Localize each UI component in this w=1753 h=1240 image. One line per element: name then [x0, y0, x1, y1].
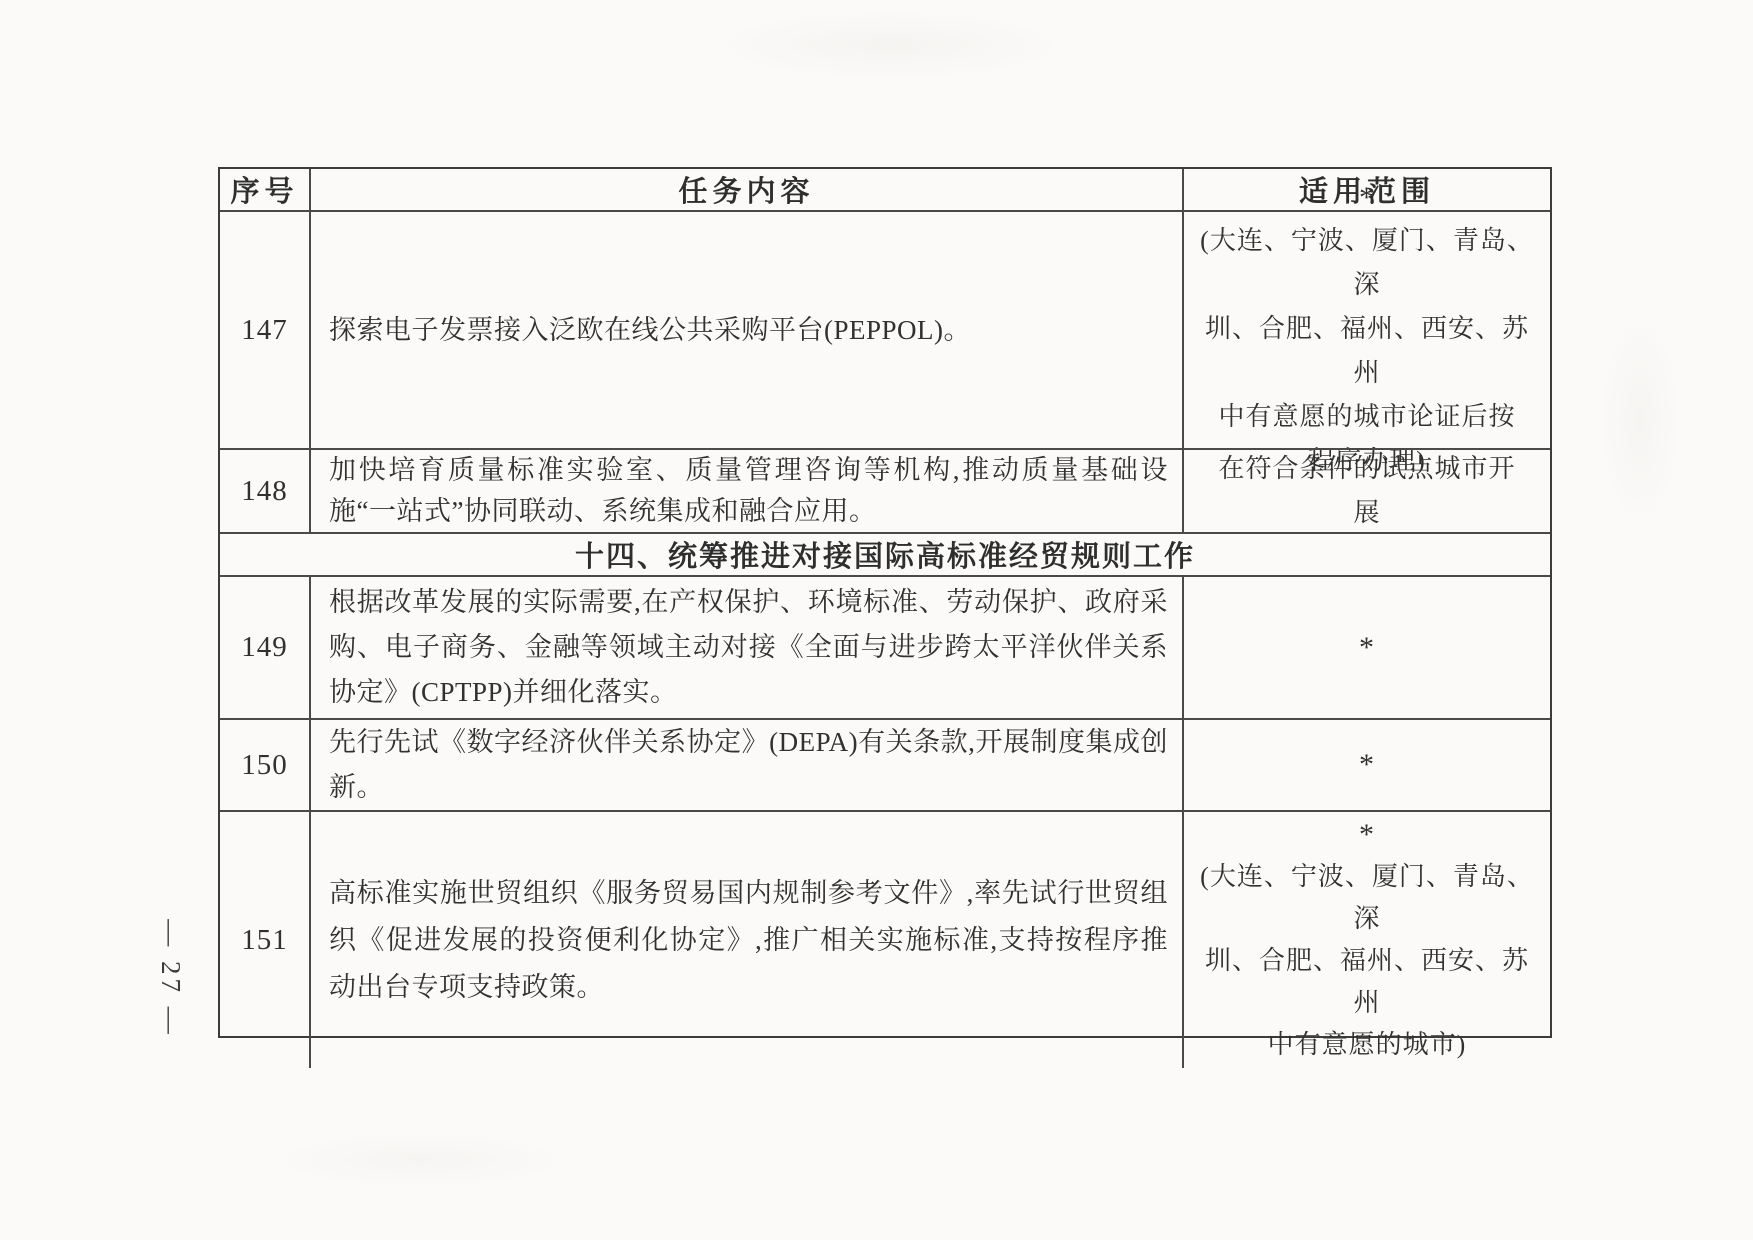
table-row: 151 高标准实施世贸组织《服务贸易国内规制参考文件》,率先试行世贸组织《促进发… [220, 810, 1550, 1068]
section-title: 十四、统筹推进对接国际高标准经贸规则工作 [220, 534, 1550, 575]
row-index: 151 [220, 812, 309, 1068]
scope-asterisk: * [1359, 814, 1375, 856]
row-index: 148 [220, 450, 309, 532]
row-scope: * [1184, 577, 1550, 718]
row-index: 149 [220, 577, 309, 718]
scope-note: (大连、宁波、厦门、青岛、深 圳、合肥、福州、西安、苏州 中有意愿的城市论证后按… [1194, 219, 1540, 483]
row-scope: * (大连、宁波、厦门、青岛、深 圳、合肥、福州、西安、苏州 中有意愿的城市论证… [1184, 212, 1550, 448]
table-row: 148 加快培育质量标准实验室、质量管理咨询等机构,推动质量基础设施“一站式”协… [220, 448, 1550, 532]
row-task: 根据改革发展的实际需要,在产权保护、环境标准、劳动保护、政府采购、电子商务、金融… [309, 577, 1184, 718]
row-task: 探索电子发票接入泛欧在线公共采购平台(PEPPOL)。 [309, 212, 1184, 448]
table-row: 149 根据改革发展的实际需要,在产权保护、环境标准、劳动保护、政府采购、电子商… [220, 575, 1550, 718]
row-task: 先行先试《数字经济伙伴关系协定》(DEPA)有关条款,开展制度集成创新。 [309, 720, 1184, 810]
row-index: 147 [220, 212, 309, 448]
scope-asterisk: * [1359, 627, 1375, 669]
table-header-row: 序号 任务内容 适用范围 [220, 169, 1550, 210]
document-page: — 27 — 序号 任务内容 适用范围 147 探索电子发票接入泛欧在线公共采购… [0, 0, 1753, 1240]
section-header-row: 十四、统筹推进对接国际高标准经贸规则工作 [220, 532, 1550, 575]
row-scope: 在符合条件的试点城市开 展 [1184, 450, 1550, 532]
row-scope: * (大连、宁波、厦门、青岛、深 圳、合肥、福州、西安、苏州 中有意愿的城市) [1184, 812, 1550, 1068]
header-index: 序号 [220, 169, 309, 210]
row-task: 高标准实施世贸组织《服务贸易国内规制参考文件》,率先试行世贸组织《促进发展的投资… [309, 812, 1184, 1068]
page-number-text: — 27 — [155, 919, 186, 1038]
row-task: 加快培育质量标准实验室、质量管理咨询等机构,推动质量基础设施“一站式”协同联动、… [309, 450, 1184, 532]
task-table: 序号 任务内容 适用范围 147 探索电子发票接入泛欧在线公共采购平台(PEPP… [218, 167, 1552, 1038]
scope-note: (大连、宁波、厦门、青岛、深 圳、合肥、福州、西安、苏州 中有意愿的城市) [1194, 856, 1540, 1066]
scope-note: 在符合条件的试点城市开 展 [1218, 447, 1515, 535]
table-row: 150 先行先试《数字经济伙伴关系协定》(DEPA)有关条款,开展制度集成创新。… [220, 718, 1550, 810]
header-task: 任务内容 [309, 169, 1184, 210]
row-scope: * [1184, 720, 1550, 810]
scope-asterisk: * [1359, 177, 1375, 219]
table-row: 147 探索电子发票接入泛欧在线公共采购平台(PEPPOL)。 * (大连、宁波… [220, 210, 1550, 448]
scope-asterisk: * [1359, 744, 1375, 786]
row-index: 150 [220, 720, 309, 810]
